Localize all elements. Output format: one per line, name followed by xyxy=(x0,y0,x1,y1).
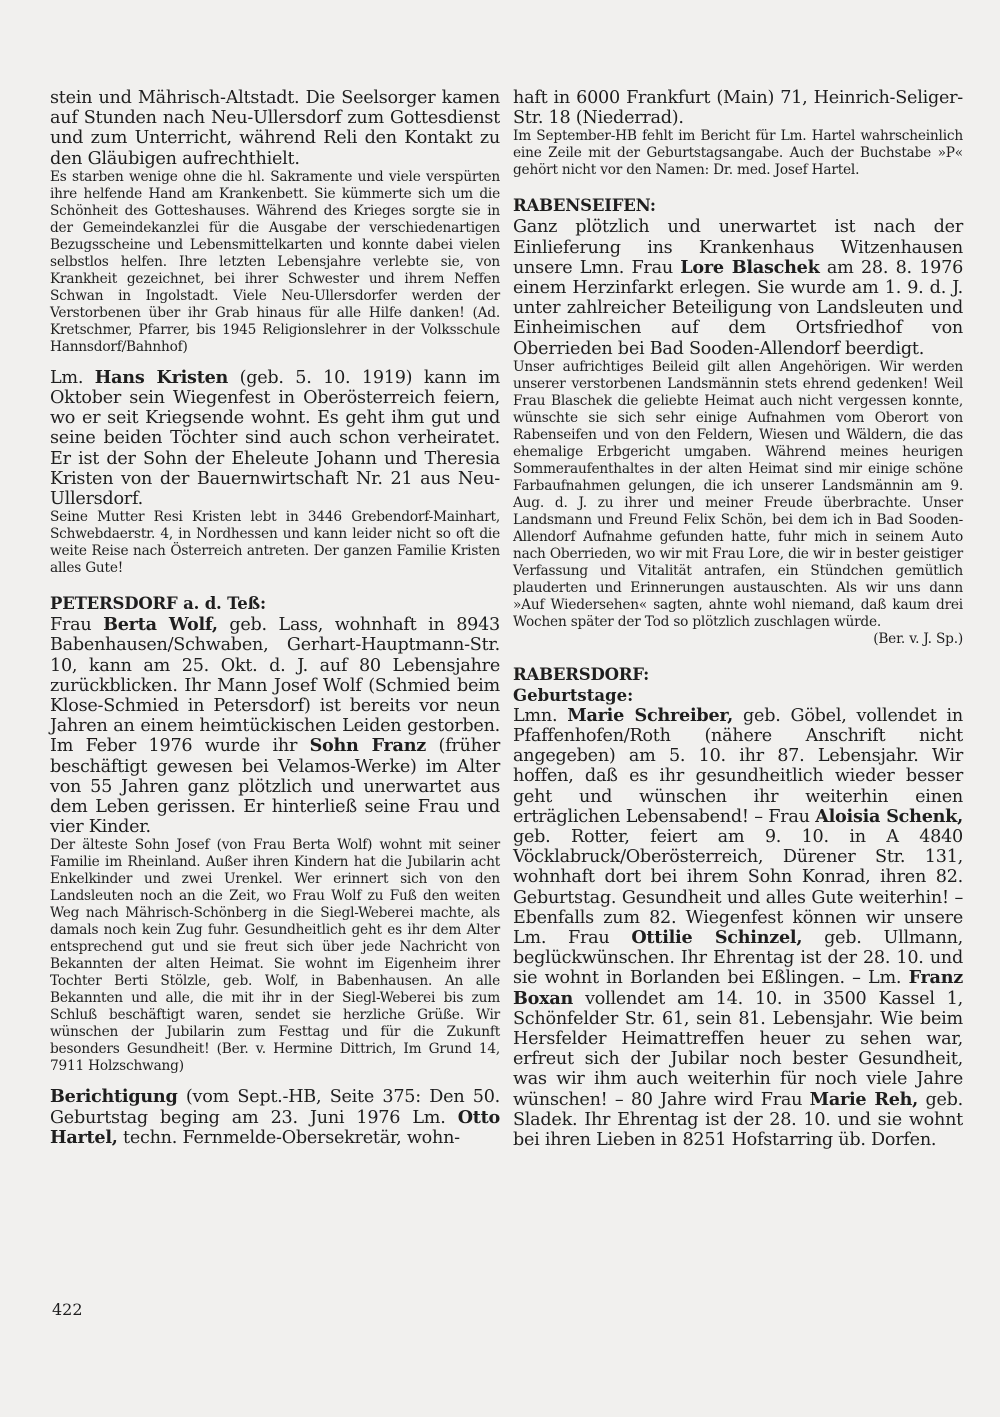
person-name: Ottilie Schinzel, xyxy=(631,927,802,948)
paragraph-kristen-detail: Seine Mutter Resi Kristen lebt in 3446 G… xyxy=(50,509,500,577)
person-name: Berta Wolf, xyxy=(103,614,218,635)
subheading-geburtstage: Geburtstage: xyxy=(513,686,963,706)
paragraph-seelsorger: stein und Mährisch-Altstadt. Die Seelsor… xyxy=(50,88,500,169)
right-column: haft in 6000 Frankfurt (Main) 71, Heinri… xyxy=(513,88,963,1150)
page-number: 422 xyxy=(52,1300,83,1319)
person-name: Marie Schreiber, xyxy=(567,705,733,726)
paragraph-lore-blaschek: Ganz plötzlich und unerwartet ist nach d… xyxy=(513,217,963,358)
paragraph-blaschek-detail: Unser aufrichtiges Beileid gilt allen An… xyxy=(513,359,963,631)
section-heading-rabenseifen: RABENSEIFEN: xyxy=(513,195,963,217)
paragraph-hans-kristen: Lm. Hans Kristen (geb. 5. 10. 1919) kann… xyxy=(50,368,500,509)
person-name: Lore Blaschek xyxy=(680,257,819,278)
section-heading-rabersdorf: RABERSDORF: xyxy=(513,664,963,686)
paragraph-berta-wolf: Frau Berta Wolf, geb. Lass, wohnhaft in … xyxy=(50,615,500,837)
paragraph-hartel-correction: Im September-HB fehlt im Bericht für Lm.… xyxy=(513,128,963,179)
person-name: Hans Kristen xyxy=(95,367,228,388)
credit-line: (Ber. v. J. Sp.) xyxy=(513,631,963,648)
paragraph-wolf-detail: Der älteste Sohn Josef (von Frau Berta W… xyxy=(50,837,500,1075)
person-name: Marie Reh, xyxy=(810,1089,918,1110)
left-column: stein und Mährisch-Altstadt. Die Seelsor… xyxy=(50,88,500,1148)
paragraph-hartel-address: haft in 6000 Frankfurt (Main) 71, Heinri… xyxy=(513,88,963,128)
label-berichtigung: Berichtigung xyxy=(50,1086,178,1107)
person-name: Sohn Franz xyxy=(310,735,426,756)
paragraph-obituary-detail: Es starben wenige ohne die hl. Sakrament… xyxy=(50,169,500,356)
paragraph-birthdays: Lmn. Marie Schreiber, geb. Göbel, vollen… xyxy=(513,706,963,1150)
paragraph-berichtigung: Berichtigung (vom Sept.-HB, Seite 375: D… xyxy=(50,1087,500,1148)
person-name: Aloisia Schenk, xyxy=(815,806,963,827)
section-heading-petersdorf: PETERSDORF a. d. Teß: xyxy=(50,593,500,615)
